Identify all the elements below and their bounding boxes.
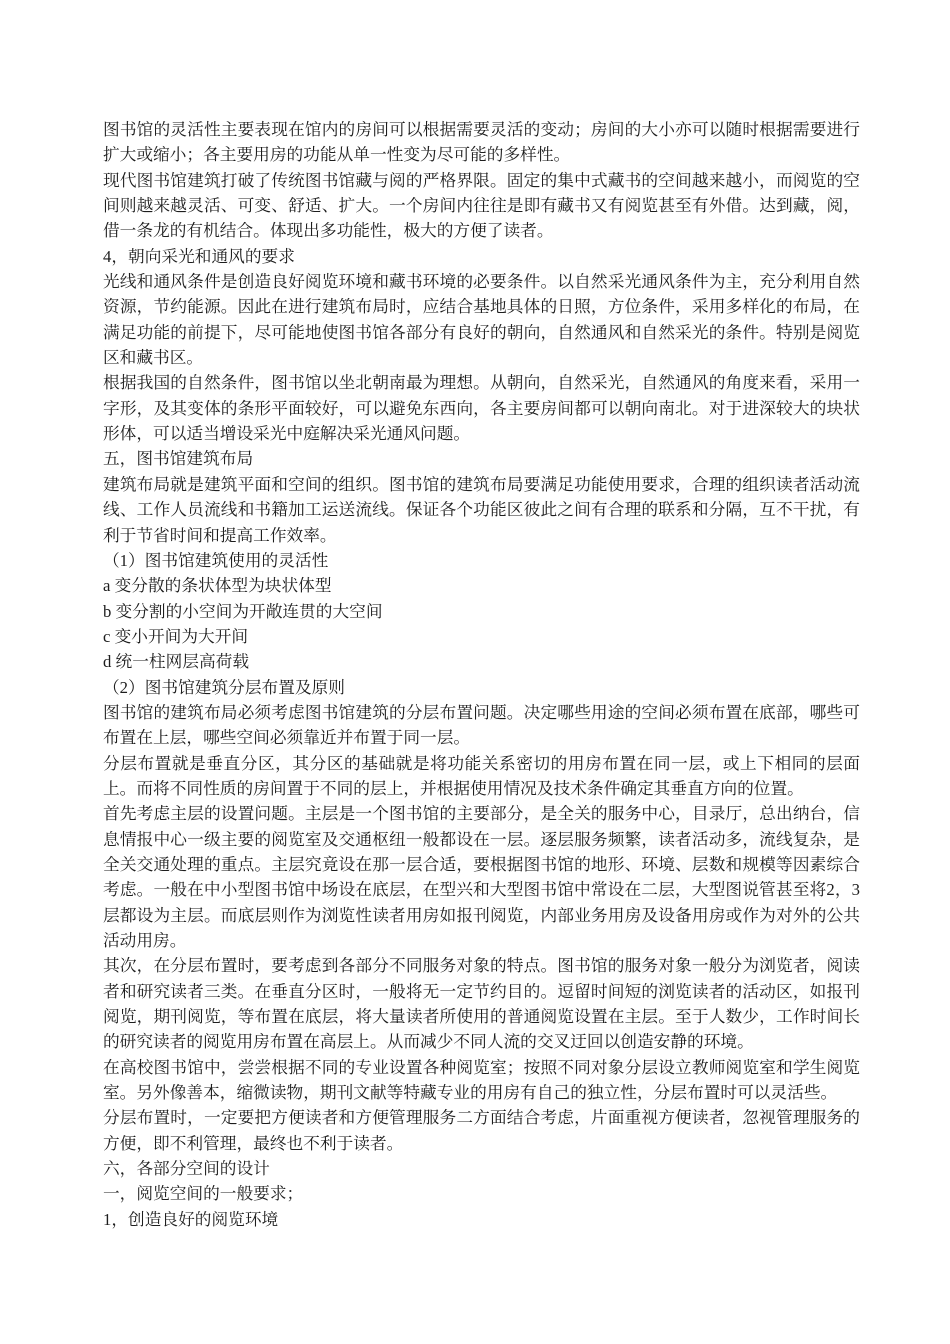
paragraph: 首先考虑主层的设置问题。主层是一个图书馆的主要部分，是全关的服务中心，目录厅，总…: [103, 801, 860, 953]
paragraph: 六，各部分空间的设计: [103, 1156, 860, 1181]
paragraph: 1，创造良好的阅览环境: [103, 1207, 860, 1232]
document-page: 图书馆的灵活性主要表现在馆内的房间可以根据需要灵活的变动；房间的大小亦可以随时根…: [0, 0, 950, 1344]
paragraph: 现代图书馆建筑打破了传统图书馆藏与阅的严格界限。固定的集中式藏书的空间越来越小，…: [103, 168, 860, 244]
paragraph: 光线和通风条件是创造良好阅览环境和藏书环境的必要条件。以自然采光通风条件为主，充…: [103, 269, 860, 370]
paragraph: （2）图书馆建筑分层布置及原则: [103, 675, 860, 700]
paragraph: 在高校图书馆中，尝尝根据不同的专业设置各种阅览室；按照不同对象分层设立教师阅览室…: [103, 1055, 860, 1106]
paragraph: 一，阅览空间的一般要求；: [103, 1181, 860, 1206]
paragraph: a 变分散的条状体型为块状体型: [103, 573, 860, 598]
paragraph: 4，朝向采光和通风的要求: [103, 244, 860, 269]
paragraph: 图书馆的灵活性主要表现在馆内的房间可以根据需要灵活的变动；房间的大小亦可以随时根…: [103, 117, 860, 168]
paragraph: 其次，在分层布置时，要考虑到各部分不同服务对象的特点。图书馆的服务对象一般分为浏…: [103, 953, 860, 1054]
paragraph: 分层布置就是垂直分区，其分区的基础就是将功能关系密切的用房布置在同一层，或上下相…: [103, 751, 860, 802]
paragraph: （1）图书馆建筑使用的灵活性: [103, 548, 860, 573]
document-body: 图书馆的灵活性主要表现在馆内的房间可以根据需要灵活的变动；房间的大小亦可以随时根…: [103, 117, 860, 1232]
paragraph: 图书馆的建筑布局必须考虑图书馆建筑的分层布置问题。决定哪些用途的空间必须布置在底…: [103, 700, 860, 751]
paragraph: d 统一柱网层高荷载: [103, 649, 860, 674]
paragraph: 分层布置时，一定要把方便读者和方便管理服务二方面结合考虑，片面重视方便读者，忽视…: [103, 1105, 860, 1156]
paragraph: 建筑布局就是建筑平面和空间的组织。图书馆的建筑布局要满足功能使用要求，合理的组织…: [103, 472, 860, 548]
paragraph: 根据我国的自然条件，图书馆以坐北朝南最为理想。从朝向，自然采光，自然通风的角度来…: [103, 370, 860, 446]
paragraph: 五，图书馆建筑布局: [103, 446, 860, 471]
paragraph: c 变小开间为大开间: [103, 624, 860, 649]
paragraph: b 变分割的小空间为开敞连贯的大空间: [103, 599, 860, 624]
